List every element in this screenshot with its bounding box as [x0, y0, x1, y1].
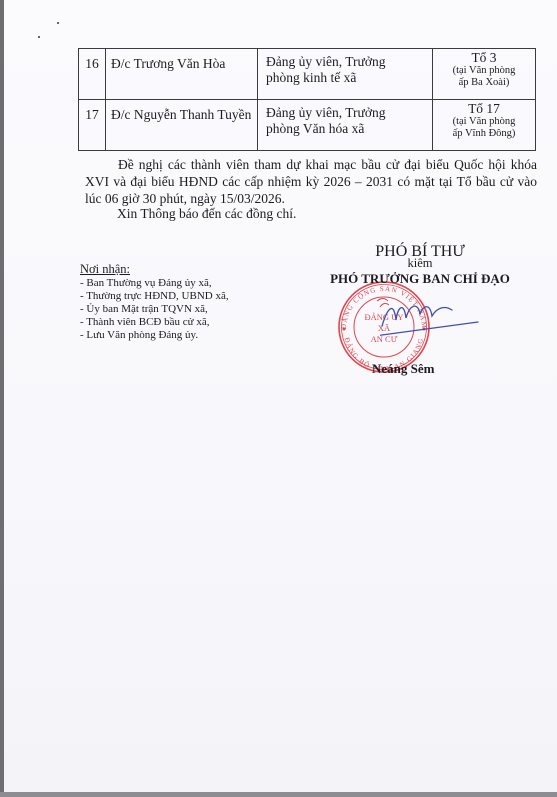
request-paragraph: Đề nghị các thành viên tham dự khai mạc …	[85, 156, 537, 207]
recipient-item: - Ủy ban Mặt trận TQVN xã,	[80, 303, 229, 316]
recipient-item: - Lưu Văn phòng Đảng ủy.	[80, 329, 229, 342]
member-role: Đảng ủy viên, Trưởng phòng Văn hóa xã	[258, 100, 433, 151]
recipient-item: - Ban Thường vụ Đảng ủy xã,	[80, 277, 229, 290]
members-table: 16 Đ/c Trương Văn Hòa Đảng ủy viên, Trưở…	[78, 48, 536, 151]
recipient-item: - Thường trực HĐND, UBND xã,	[80, 290, 229, 303]
recipients-title: Nơi nhận:	[80, 262, 229, 277]
role-line: Đảng ủy viên, Trưởng	[266, 105, 385, 120]
location-line: ấp Ba Xoài)	[433, 77, 535, 89]
closing-paragraph: Xin Thông báo đến các đồng chí.	[117, 205, 517, 222]
row-number: 16	[79, 49, 106, 100]
member-location: Tổ 17 (tại Văn phòng ấp Vĩnh Đông)	[433, 100, 536, 151]
signer-connector: kiêm	[300, 256, 540, 271]
request-text: Đề nghị các thành viên tham dự khai mạc …	[85, 157, 537, 206]
role-line: Đảng ủy viên, Trưởng	[266, 54, 385, 69]
role-line: phòng Văn hóa xã	[266, 121, 364, 136]
location-line: ấp Vĩnh Đông)	[433, 128, 535, 140]
member-name: Đ/c Trương Văn Hòa	[106, 49, 258, 100]
recipient-item: - Thành viên BCĐ bầu cử xã,	[80, 316, 229, 329]
member-role: Đảng ủy viên, Trưởng phòng kinh tế xã	[258, 49, 433, 100]
table-row: 17 Đ/c Nguyễn Thanh Tuyền Đảng ủy viên, …	[79, 100, 536, 151]
group-label: Tổ 3	[433, 51, 535, 65]
scan-bottom-edge	[0, 792, 557, 797]
scan-speck	[38, 36, 40, 38]
signer-title-2: PHÓ TRƯỞNG BAN CHỈ ĐẠO	[300, 271, 540, 287]
recipients-block: Nơi nhận: - Ban Thường vụ Đảng ủy xã, - …	[80, 262, 229, 342]
member-name: Đ/c Nguyễn Thanh Tuyền	[106, 100, 258, 151]
signer-name: Neáng Sêm	[372, 361, 482, 377]
table-row: 16 Đ/c Trương Văn Hòa Đảng ủy viên, Trưở…	[79, 49, 536, 100]
role-line: phòng kinh tế xã	[266, 70, 356, 85]
location-line: (tại Văn phòng	[433, 65, 535, 77]
scan-speck	[57, 22, 59, 24]
location-line: (tại Văn phòng	[433, 116, 535, 128]
handwritten-signature-icon	[380, 296, 490, 336]
row-number: 17	[79, 100, 106, 151]
member-location: Tổ 3 (tại Văn phòng ấp Ba Xoài)	[433, 49, 536, 100]
group-label: Tổ 17	[433, 102, 535, 116]
